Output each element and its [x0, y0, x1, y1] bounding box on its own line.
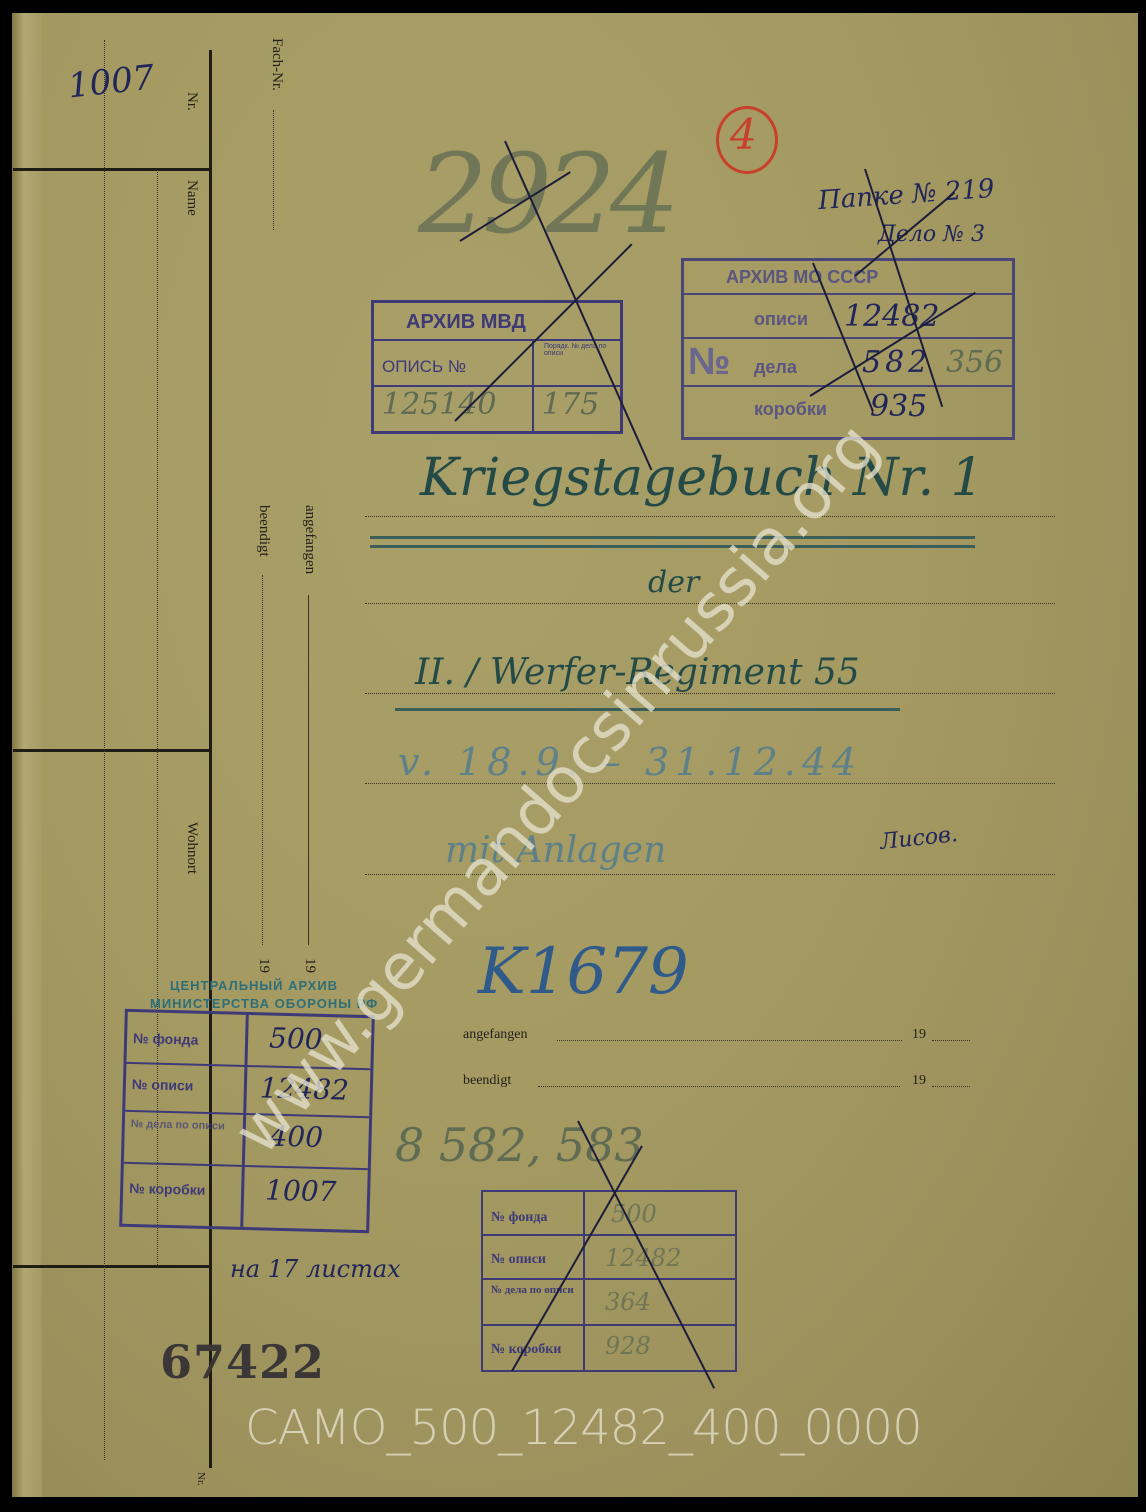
stamped-inventory-number: 67422	[160, 1335, 325, 1389]
bottom-row-label: № фонда	[491, 1210, 547, 1226]
left-panel-rule-bottom	[13, 1265, 210, 1268]
left-dotted-column-1	[104, 40, 105, 1460]
stamp-mo-opisi-label: описи	[754, 309, 808, 330]
stamp-mo-dela-prefix: №	[688, 341, 730, 384]
stamp-mvd-small-label: Порядк. № дела по описи	[544, 343, 614, 357]
central-archive-header-line1: ЦЕНТРАЛЬНЫЙ АРХИВ	[170, 978, 338, 993]
cover-spine-edge	[12, 13, 42, 1497]
diary-title: Kriegstagebuch Nr. 1	[420, 448, 984, 508]
bottom-row-label: № описи	[491, 1252, 546, 1268]
label-beendigt: beendigt	[463, 1073, 511, 1089]
stamp-mvd-opis-label: ОПИСЬ №	[382, 357, 466, 377]
angefangen-year-dotted-line	[932, 1040, 970, 1041]
central-row-label: № коробки	[129, 1180, 206, 1198]
label-nr-top: Nr.	[183, 92, 200, 111]
label-year-prefix-beendigt: 19	[255, 958, 272, 973]
sheet-count-note: на 17 листах	[230, 1255, 401, 1283]
red-circle-mark-digit: 4	[730, 110, 757, 159]
stamp-mo-opisi-value: 12482	[844, 299, 939, 334]
bottom-watermark: CAMO_500_12482_400_0000	[245, 1400, 922, 1456]
stamp-mo-title: АРХИВ МО СССР	[726, 267, 878, 288]
bottom-row-value: 928	[605, 1332, 651, 1360]
stamp-mvd-delo-value: 175	[542, 387, 599, 422]
title-double-underline	[370, 545, 975, 548]
left-panel-rule-middle	[13, 749, 210, 752]
title-dotted-line	[365, 516, 1055, 517]
stamp-bottom-crossed: № фонда 500 № описи 12482 № дела по опис…	[481, 1190, 737, 1372]
central-row-value: 1007	[265, 1174, 337, 1209]
central-row-label: № фонда	[133, 1030, 199, 1048]
label-angefangen: angefangen	[463, 1027, 528, 1043]
label-beendigt-vertical: beendigt	[255, 505, 272, 557]
stamp-mo-korobki-label: коробки	[754, 399, 827, 420]
central-row-label: № дела по описи	[131, 1118, 231, 1133]
central-row-label: № описи	[132, 1076, 194, 1094]
fach-nr-dotted-line	[273, 110, 274, 230]
left-panel-divider	[209, 50, 212, 1468]
label-year-prefix-angefangen: 19	[301, 958, 318, 973]
pencil-number-2924: 2924	[418, 130, 674, 258]
stamp-mo-korobki-value: 935	[870, 389, 927, 424]
angefangen-vertical-line	[308, 595, 309, 945]
label-year-angefangen: 19	[912, 1027, 926, 1043]
label-wohnort: Wohnort	[183, 822, 200, 874]
label-name: Name	[183, 180, 200, 216]
beendigt-vertical-line	[262, 575, 263, 945]
left-panel-rule-top	[13, 168, 210, 171]
beendigt-dotted-line	[538, 1086, 900, 1087]
label-fach-nr: Fach-Nr.	[268, 38, 285, 91]
bottom-row-value: 500	[611, 1200, 657, 1228]
catalog-number: K1679	[478, 935, 689, 1009]
bottom-row-label: № дела по описи	[491, 1284, 581, 1296]
stamp-mo-dela-label: дела	[754, 357, 797, 378]
stamp-mo-dela-value: 582	[862, 345, 931, 380]
label-nr-bottom: Nr.	[195, 1472, 207, 1486]
title-double-underline	[370, 536, 975, 539]
stamp-mvd-opis-value: 125140	[382, 387, 497, 422]
label-year-beendigt: 19	[912, 1073, 926, 1089]
stamp-mo-dela-correction: 356	[946, 345, 1003, 380]
beendigt-year-dotted-line	[932, 1086, 970, 1087]
angefangen-dotted-line	[557, 1040, 902, 1041]
stamp-mvd-title: АРХИВ МВД	[406, 311, 526, 334]
period-dotted-line	[365, 783, 1055, 784]
pencil-case-numbers: 8 582, 583	[395, 1118, 644, 1172]
label-angefangen-vertical: angefangen	[301, 505, 318, 574]
unit-dotted-line	[365, 693, 1055, 694]
bottom-row-value: 364	[605, 1288, 651, 1316]
